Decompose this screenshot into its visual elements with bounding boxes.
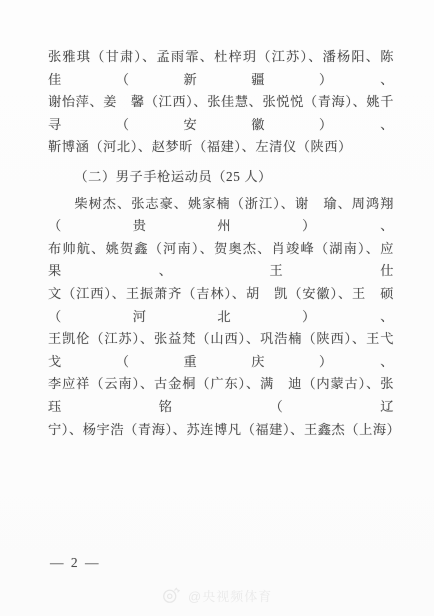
watermark-text: @央视频体育 bbox=[188, 586, 272, 605]
page-number: — 2 — bbox=[50, 555, 101, 571]
text-line: 文（江西）、王振萧齐（吉林）、胡 凯（安徽）、王 硕（河北）、 bbox=[48, 283, 394, 328]
scanned-document-page: 张雅琪（甘肃）、孟雨霏、杜梓玥（江苏）、潘杨阳、陈 佳（新疆）、 谢怡萍、姜 馨… bbox=[0, 0, 434, 616]
text-line: 布帅航、姚贺鑫（河南）、贺奥杰、肖竣峰（湖南）、应 果、王仕 bbox=[48, 238, 394, 283]
text-line: 王凯伦（江苏）、张益梵（山西）、巩浩楠（陕西）、王弋戈（重庆）、 bbox=[48, 328, 394, 373]
text-line: 柴树杰、张志豪、姚家楠（浙江）、谢 瑜、周鸿翔（贵州）、 bbox=[48, 193, 394, 238]
document-body: 张雅琪（甘肃）、孟雨霏、杜梓玥（江苏）、潘杨阳、陈 佳（新疆）、 谢怡萍、姜 馨… bbox=[48, 46, 394, 441]
paragraph-men-pistol: 柴树杰、张志豪、姚家楠（浙江）、谢 瑜、周鸿翔（贵州）、 布帅航、姚贺鑫（河南）… bbox=[48, 193, 394, 442]
text-line: 李应祥（云南）、古金桐（广东）、满 迪（内蒙古）、张珏铭（辽 bbox=[48, 373, 394, 418]
section-heading-men-pistol: （二）男子手枪运动员（25 人） bbox=[48, 166, 394, 189]
paragraph-women-pistol-continuation: 张雅琪（甘肃）、孟雨霏、杜梓玥（江苏）、潘杨阳、陈 佳（新疆）、 谢怡萍、姜 馨… bbox=[48, 46, 394, 159]
watermark: @央视频体育 bbox=[161, 585, 272, 605]
text-line: 谢怡萍、姜 馨（江西）、张佳慧、张悦悦（青海）、姚千寻（安徽）、 bbox=[48, 91, 394, 136]
text-line: 张雅琪（甘肃）、孟雨霏、杜梓玥（江苏）、潘杨阳、陈 佳（新疆）、 bbox=[48, 46, 394, 91]
text-line: 靳博涵（河北）、赵梦昕（福建）、左清仪（陕西） bbox=[48, 136, 394, 159]
text-line: 宁）、杨宇浩（青海）、苏连博凡（福建）、王鑫杰（上海） bbox=[48, 419, 394, 442]
weibo-camera-icon bbox=[161, 585, 181, 605]
